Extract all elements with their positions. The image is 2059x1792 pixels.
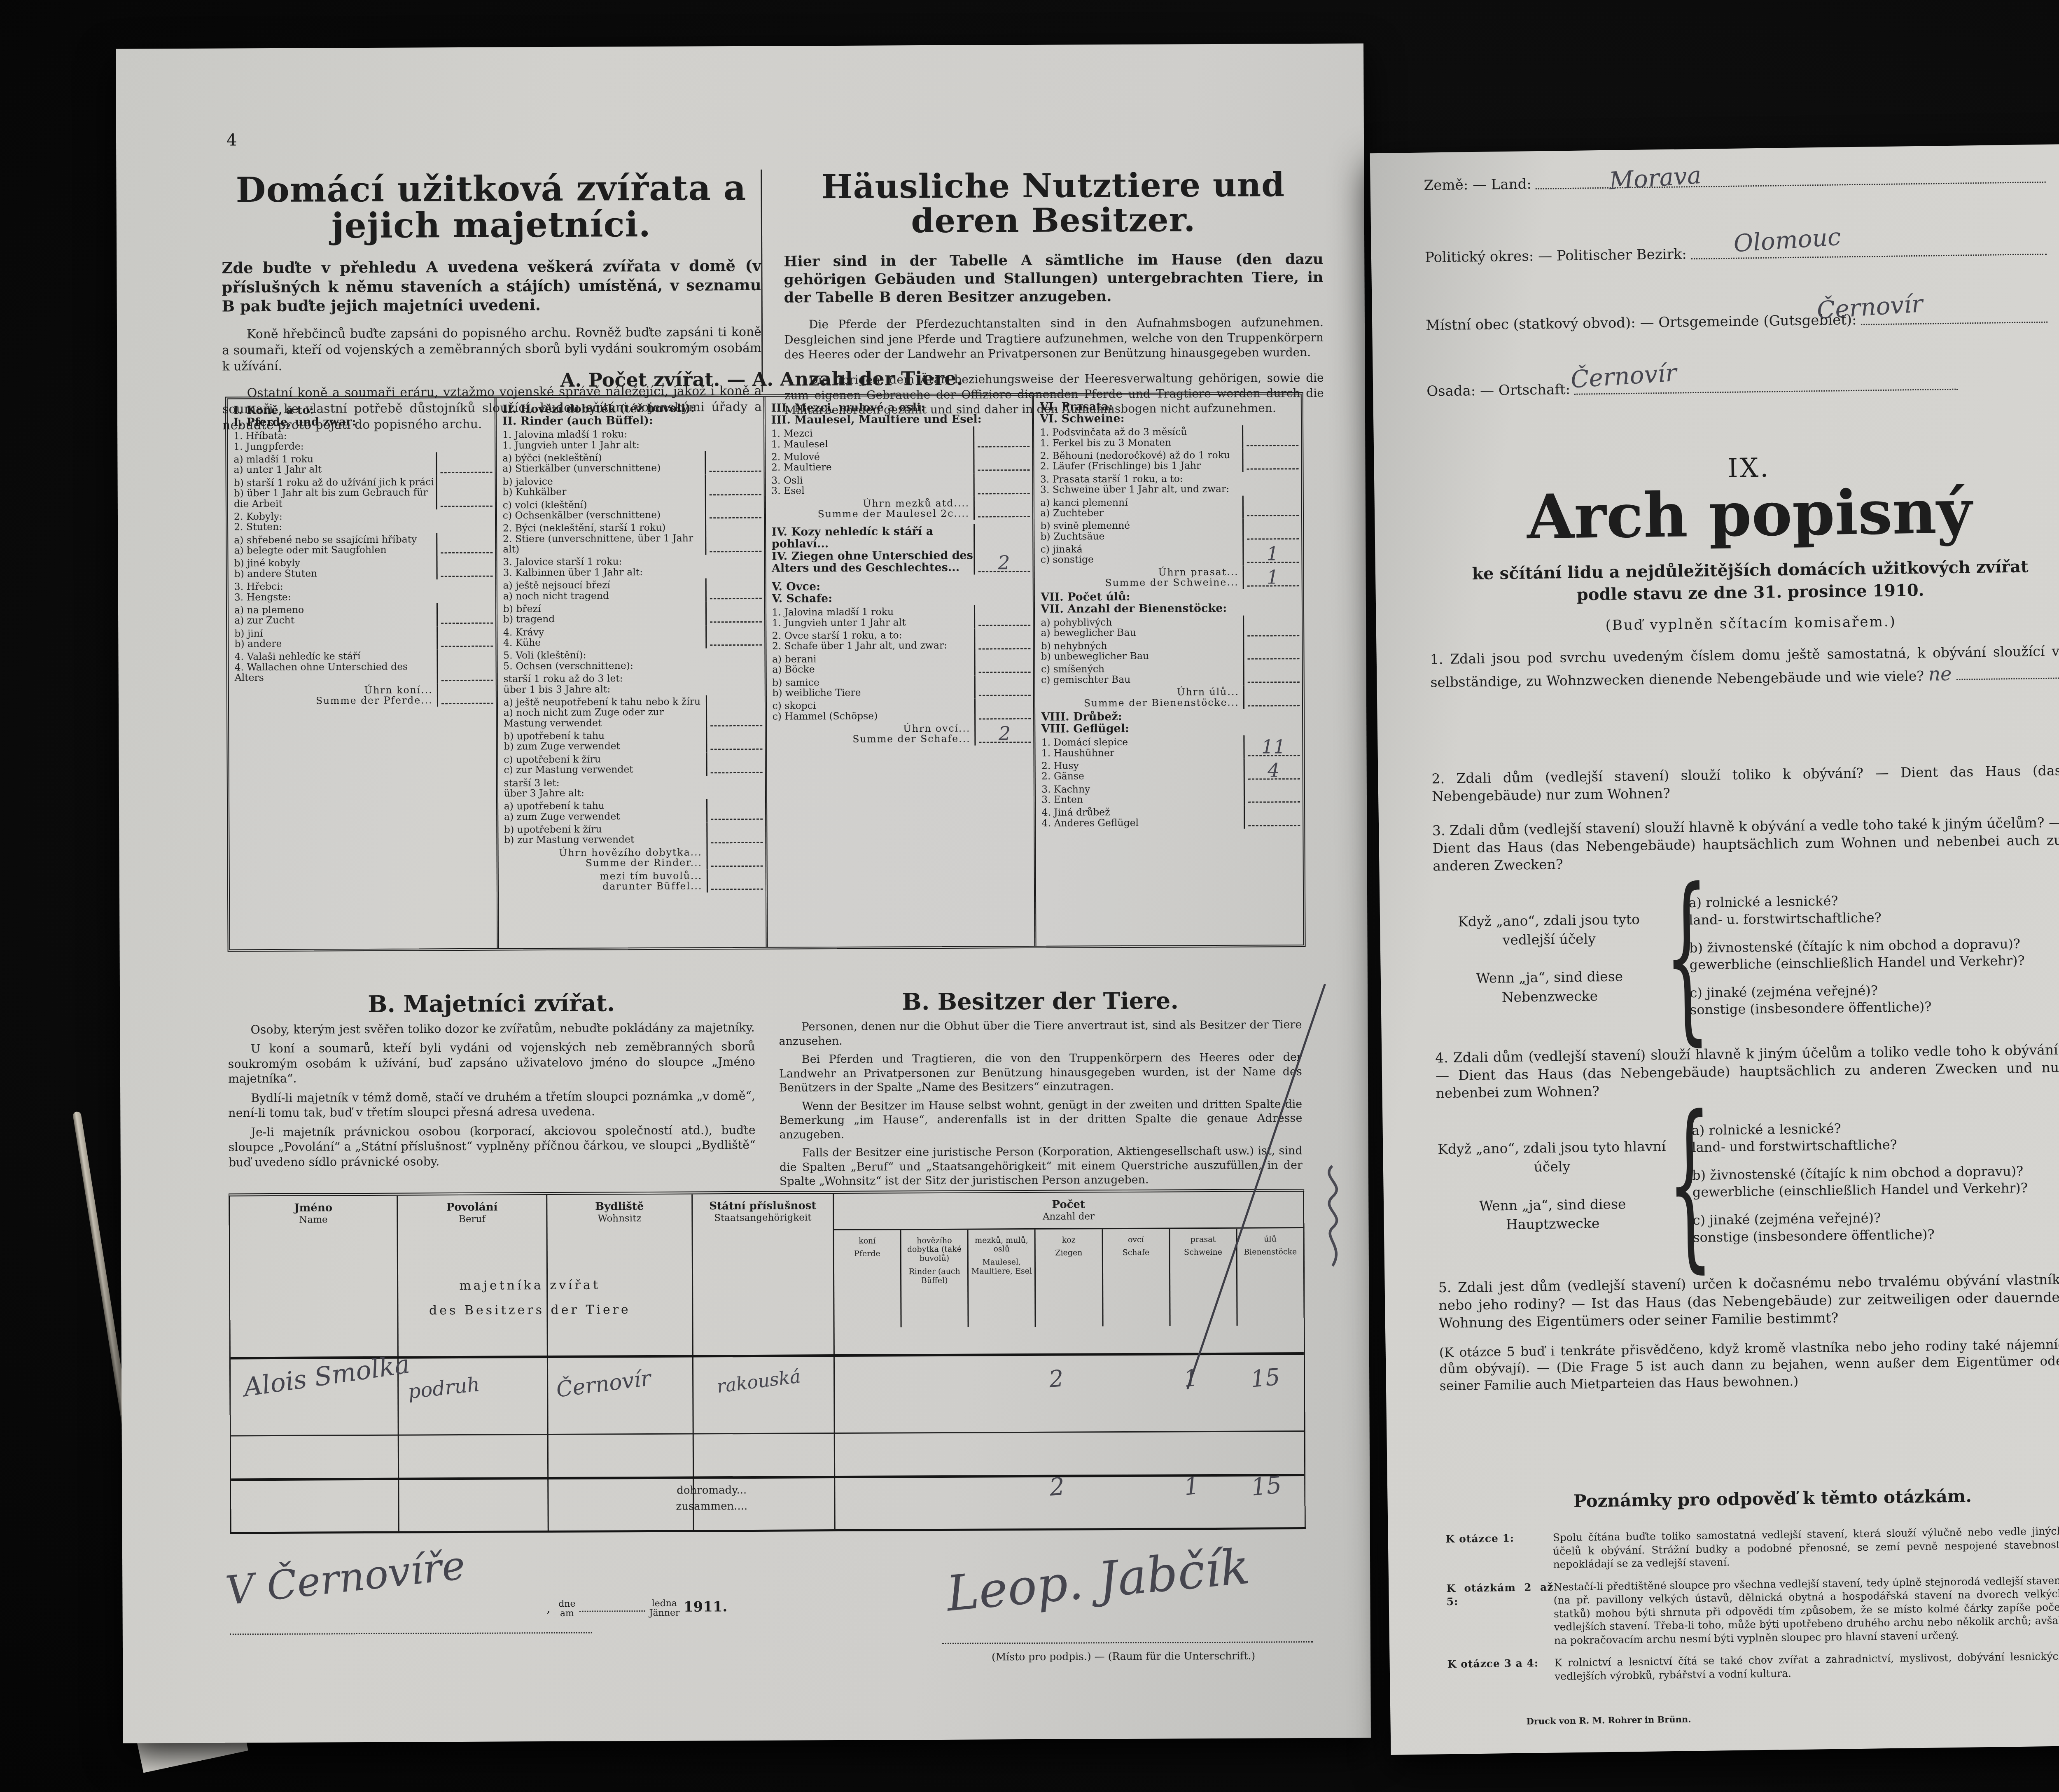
table-a-label-czech: 1. Jalovina mladší 1 roku — [772, 606, 894, 618]
question-2: 2. Zdali dům (vedlejší stavení) slouží t… — [1431, 762, 2059, 805]
table-a-value-line — [1248, 825, 1300, 826]
table-a-label-german: b) zur Mastung verwendet — [504, 834, 706, 846]
paragraph-german-1: Die Pferde der Pferdezuchtanstalten sind… — [784, 315, 1324, 362]
table-a-entry-label: b) jiné kobylyb) andere Stuten — [234, 556, 436, 581]
form-title-czech: Arch popisný — [1457, 480, 2042, 548]
table-a-entry-label: 2. Husy2. Gänse — [1041, 759, 1244, 783]
section-b-paragraph-german: Personen, denen nur die Obhut über die T… — [779, 1018, 1302, 1049]
table-a-label-german: 3. Enten — [1041, 794, 1244, 805]
table-b-subcolumn: kozZiegen — [1036, 1229, 1103, 1327]
table-a-label-german: 1. Maulesel — [771, 438, 973, 450]
table-a-label-czech: 4. Jiná drůbež — [1041, 807, 1110, 819]
table-b-subcolumn-czech: ovcí — [1104, 1235, 1167, 1245]
table-a-value-cell — [1242, 425, 1301, 448]
table-b-subcolumn: koníPferde — [834, 1230, 902, 1328]
table-a-entry: c) skopcic) Hammel (Schöpse) — [772, 698, 1033, 723]
table-a-entry-label: IV. Kozy nehledíc k stáří a pohlaví...IV… — [772, 524, 974, 576]
sub-purpose-item: c) jinaké (zejména veřejné)?sonstige (in… — [1690, 980, 2059, 1019]
table-a-entry-label: starší 3 let:über 3 Jahre alt: — [504, 775, 765, 800]
table-a-value-cell — [437, 626, 495, 649]
table-a-entry: 3. Prasata starší 1 roku, a to:3. Schwei… — [1040, 472, 1301, 497]
table-a-label-czech: 5. Voli (kleštění): — [503, 649, 586, 661]
table-a-value-line — [711, 819, 763, 820]
table-b-subcolumn-german: Bienenstöcke — [1239, 1248, 1302, 1258]
table-a-entry: 3. Kachny3. Enten — [1041, 782, 1303, 807]
table-a-label-czech: I. Koně, a to: — [233, 404, 314, 417]
table-b-subcolumn-czech: koz — [1037, 1236, 1100, 1245]
sub-purpose-item: b) živnostenské (čítajíc k nim obchod a … — [1689, 935, 2059, 974]
table-a-label-czech: b) nehybných — [1041, 640, 1107, 652]
table-a-value-line — [979, 718, 1031, 720]
table-a-value-cell: 11 — [1243, 735, 1302, 758]
table-a-value-line — [1248, 681, 1300, 683]
table-a-entry: Úhrn koní...Summe der Pferde... — [235, 683, 496, 708]
table-a-entry-label: a) upotřebení k tahua) zum Zuge verwende… — [504, 799, 706, 824]
table-b-header-czech: Povolání — [398, 1201, 546, 1214]
table-a-value-line — [710, 772, 762, 773]
table-a-value-line — [710, 598, 761, 600]
table-b-header-german: Staatsangehörigkeit — [693, 1212, 833, 1224]
table-a-entry-label: c) volci (kleštění)c) Ochsenkälber (vers… — [503, 498, 705, 522]
table-a-value-cell — [706, 799, 765, 822]
table-b-total-count: 15 — [1250, 1470, 1283, 1501]
table-a-value-line — [711, 865, 763, 867]
table-a-value-line — [441, 622, 493, 624]
questions-column: 2. Zdali dům (vedlejší stavení) slouží t… — [1431, 762, 2059, 1394]
year-label: 1911. — [684, 1598, 728, 1615]
subtitle-german: Hier sind in der Tabelle A sämtliche im … — [784, 250, 1324, 307]
table-a-value-cell — [1243, 662, 1302, 685]
table-a-label-german: V. Schafe: — [772, 592, 1033, 605]
table-a-label-czech: c) jinaká — [1041, 543, 1083, 555]
table-b-header-czech: Jméno — [230, 1202, 397, 1215]
table-b-subcolumn-german: Rinder (auch Büffel) — [903, 1267, 966, 1286]
notes-title-czech: Poznámky pro odpověď k těmto otázkám. — [1499, 1485, 2047, 1512]
table-a-label-german: 2. Gänse — [1041, 770, 1244, 782]
table-a-value-cell — [974, 675, 1033, 698]
table-a-column-horses: I. Koně, a to:I. Pferde, und zwar:1. Hří… — [228, 398, 499, 950]
table-a-value-cell: 2 — [974, 722, 1033, 745]
table-a-entry-label: VII. Počet úlů:VII. Anzahl der Bienenstö… — [1041, 589, 1302, 616]
table-a-label-german: 2. Schafe über 1 Jahr alt, und zwar: — [772, 640, 974, 652]
question-3: 3. Zdali dům (vedlejší stavení) slouží h… — [1432, 814, 2059, 875]
section-b-paragraph-czech: Osoby, kterým jest svěřen toliko dozor k… — [228, 1020, 755, 1038]
table-a-entry-label: V. Ovce:V. Schafe: — [772, 579, 1033, 606]
table-a-label-german: a) Stierkälber (unverschnittene) — [502, 463, 705, 474]
question-4-subpurposes: Když „ano“, zdali jsou tyto hlavní účely… — [1436, 1106, 2059, 1260]
table-a-value-cell: 2 — [973, 524, 1033, 574]
table-a-label-german: a) belegte oder mit Saugfohlen — [234, 544, 436, 556]
table-a-entry-label: c) upotřebení k žíruc) zur Mastung verwe… — [504, 752, 706, 777]
title-german: Häusliche Nutztiere und deren Besitzer. — [783, 167, 1323, 239]
table-a-label-german: über 1 bis 3 Jahre alt: — [504, 683, 765, 695]
field-commune-label: Místní obec (statkový obvod): — Ortsgeme… — [1426, 312, 1857, 334]
table-b-header-czech: Státní příslušnost — [693, 1199, 833, 1213]
table-a-value-line — [979, 695, 1031, 696]
table-b-header-czech: Bydliště — [547, 1200, 691, 1214]
table-a-label-german: a) unter 1 Jahr alt — [233, 464, 436, 476]
table-a-entry: 3. Hřebci:3. Hengste: — [234, 579, 495, 604]
left-page-number: 4 — [226, 131, 237, 149]
table-b-owner-span-label: majetníka zvířatdes Besitzers der Tiere — [230, 1272, 830, 1324]
table-a-label-german: I. Pferde, und zwar: — [233, 415, 495, 429]
table-a-value-cell — [705, 451, 763, 474]
table-a-entry: 5. Voli (kleštění):5. Ochsen (verschnitt… — [503, 648, 764, 673]
table-a-label-german: 3. Kalbinnen über 1 Jahr alt: — [503, 567, 764, 578]
table-a-entry: a) ještě neupotřebení k tahu nebo k žíru… — [504, 695, 765, 730]
table-a-entry: a) shřebené nebo se ssajícími hříbatya) … — [234, 532, 495, 557]
table-a-value-line — [1248, 705, 1300, 707]
table-a-label-german: über 3 Jahre alt: — [504, 787, 765, 799]
table-a-entry-label: Úhrn mezků atd....Summe der Maulesel 2c.… — [771, 497, 973, 521]
left-page: 4 Domácí užitková zvířata a jejich majet… — [116, 43, 1371, 1743]
table-b-row1-count: 15 — [1250, 1363, 1282, 1393]
table-a-entry-label: a) ještě nejsoucí březía) noch nicht tra… — [503, 579, 705, 603]
table-a-label-german: IV. Ziegen ohne Unterschied des Alters u… — [772, 549, 974, 574]
table-a-entry-label: 1. Mezci1. Maulesel — [771, 427, 973, 451]
table-a-column-mules-goats-sheep: III. Mezci, mulové a osli:III. Maulesel,… — [765, 396, 1037, 947]
table-a-entry-label: a) na plemenoa) zur Zucht — [234, 603, 437, 627]
table-a-label-czech: b) samice — [772, 677, 819, 688]
table-a-value-cell — [974, 605, 1033, 628]
table-a-entry: 3. Jalovice starší 1 roku:3. Kalbinnen ü… — [503, 555, 764, 579]
table-b-header-german: Name — [230, 1214, 397, 1226]
section-b-paragraph-czech: Bydlí-li majetník v témž domě, stačí ve … — [228, 1089, 755, 1121]
table-a-entry: 1. Jalovina mladší 1 roku1. Jungvieh unt… — [772, 605, 1033, 630]
question-3-subpurposes: Když „ano“, zdali jsou tyto vedlejší úče… — [1433, 879, 2059, 1033]
table-a-label-czech: IV. Kozy nehledíc k stáří a pohlaví... — [772, 525, 934, 551]
table-a-label-german: a) beweglicher Bau — [1041, 627, 1243, 639]
table-a-entry: 1. Podsvinčata až do 3 měsíců1. Ferkel b… — [1040, 425, 1301, 450]
table-a-value-line — [711, 889, 763, 890]
table-a-entry-label: Úhrn hovězího dobytka...Summe der Rinder… — [504, 846, 706, 870]
sub-purpose-item: b) živnostenské (čítajíc k nim obchod a … — [1692, 1162, 2059, 1201]
table-b-header: BydlištěWohnsitz — [547, 1195, 691, 1225]
table-b-subcolumn: úlůBienenstöcke — [1237, 1228, 1303, 1326]
table-a-label-german: b) Kuhkälber — [502, 486, 705, 498]
table-b-total-count: 2 — [1048, 1472, 1066, 1501]
table-a-entry: 2. Býci (nekleštění, starší 1 roku)2. St… — [503, 521, 764, 556]
table-a-entry: 2. Kobyly:2. Stuten: — [234, 509, 495, 534]
table-a-entry-label: a) pohyblivýcha) beweglicher Bau — [1041, 616, 1243, 640]
table-a-entry: starší 3 let:über 3 Jahre alt: — [504, 775, 765, 800]
table-a-label-czech: II. Hovězí dobytek (též buvoli): — [502, 402, 695, 416]
table-a-label-german: a) zur Zucht — [234, 615, 437, 626]
table-a-value-handwritten: 2 — [976, 722, 1033, 745]
table-a-value-cell — [974, 628, 1033, 652]
ledna-jaenner-label: lednaJänner — [649, 1599, 679, 1618]
table-a-entry-label: 2. Běhouni (nedoročkové) až do 1 roku2. … — [1040, 449, 1242, 473]
table-a-entry-label: 1. Podsvinčata až do 3 měsíců1. Ferkel b… — [1040, 425, 1242, 450]
table-a-label-czech: V. Ovce: — [772, 580, 820, 593]
table-a-entry-label: a) ještě neupotřebení k tahu nebo k žíru… — [504, 695, 706, 730]
table-a-entry: Úhrn mezků atd....Summe der Maulesel 2c.… — [771, 496, 1032, 521]
table-a-label-german: VIII. Geflügel: — [1041, 722, 1302, 735]
right-page: 1 Země: — Land: Morava Politický okres: … — [1370, 137, 2059, 1755]
table-b-subcolumn: prasatSchweine — [1170, 1228, 1237, 1326]
table-a-entry: b) svině plemennéb) Zuchtsäue — [1040, 518, 1301, 543]
field-commune: Místní obec (statkový obvod): — Ortsgeme… — [1426, 309, 2052, 334]
table-a-value-cell — [973, 450, 1032, 473]
table-a-entry: c) smíšenýchc) gemischter Bau — [1041, 662, 1302, 686]
question-4: 4. Zdali dům (vedlejší stavení) slouží h… — [1435, 1041, 2059, 1102]
table-a-label-czech: 2. Husy — [1041, 760, 1079, 771]
table-a-entry: b) nehybnýchb) unbeweglicher Bau — [1041, 639, 1302, 663]
table-a-value-line — [711, 842, 763, 844]
table-a-label-german: 2. Maultiere — [771, 462, 973, 473]
table-a-entry: Úhrn hovězího dobytka...Summe der Rinder… — [504, 846, 765, 870]
table-a-entry-label: Úhrn ovcí...Summe der Schafe... — [773, 722, 975, 747]
table-a-entry: b) jiníb) andere — [234, 626, 495, 651]
table-a-label-czech: 3. Osli — [771, 474, 803, 486]
table-a-entry: 1. Mezci1. Maulesel — [771, 426, 1032, 451]
table-a-label-german: darunter Büffel... — [504, 881, 703, 892]
note-label: K otázkám 2 až 5: — [1446, 1580, 1554, 1649]
table-a-label-german: 2. Stiere (unverschnittene, über 1 Jahr … — [503, 533, 705, 555]
table-a-entry-label: 3. Jalovice starší 1 roku:3. Kalbinnen ü… — [503, 555, 764, 579]
table-a-label-czech: Úhrn ovcí... — [903, 723, 970, 735]
table-a-value-line — [441, 703, 493, 705]
table-a-label-czech: a) na plemeno — [234, 604, 304, 616]
table-a-label-german: b) weibliche Tiere — [772, 687, 974, 698]
table-a-label-german: a) Zuchteber — [1040, 507, 1242, 519]
table-a-entry-label: 4. Krávy4. Kühe — [503, 625, 705, 649]
table-a-value-cell — [705, 578, 764, 602]
table-a-entry: starší 1 roku až do 3 let:über 1 bis 3 J… — [503, 672, 764, 696]
section-b-title-czech: B. Majetníci zvířat. — [228, 989, 755, 1019]
brace-glyph: { — [1666, 1078, 1694, 1290]
table-a-entry-label: 3. Kachny3. Enten — [1041, 782, 1244, 806]
table-a-entry: c) volci (kleštění)c) Ochsenkälber (vers… — [503, 497, 764, 522]
table-a-label-german: 2. Stuten: — [234, 521, 495, 532]
table-a-label-czech: c) skopci — [772, 700, 816, 711]
table-a-entry: II. Hovězí dobytek (též buvoli):II. Rind… — [502, 401, 763, 429]
table-a-entry-label: 2. Býci (nekleštění, starší 1 roku)2. St… — [503, 521, 705, 556]
signature-caption: (Místo pro podpis.) — (Raum für die Unte… — [897, 1650, 1350, 1664]
sub-purpose-item: c) jinaké (zejména veřejné)?sonstige (in… — [1692, 1207, 2059, 1246]
table-a-entry-label: Úhrn koní...Summe der Pferde... — [235, 684, 437, 708]
table-a-entry: VI. Prasata:VI. Schweine: — [1040, 399, 1301, 426]
table-b-subcolumn-german: Maulesel, Maultiere, Esel — [970, 1258, 1033, 1276]
table-a-entry: c) upotřebení k žíruc) zur Mastung verwe… — [504, 752, 765, 777]
signature-handwritten: Leop. Jabčík — [944, 1538, 1252, 1622]
table-a-value-cell — [437, 649, 495, 684]
question-4-brace-label: Když „ano“, zdali jsou tyto hlavní účely… — [1436, 1137, 1668, 1235]
table-a-value-cell — [1244, 805, 1303, 829]
table-a-entry-label: 1. Jalovina mladší 1 roku:1. Jungvieh un… — [502, 427, 763, 452]
table-a-entry-label: 3. Hřebci:3. Hengste: — [234, 579, 495, 604]
margin-handwriting-scribble — [1315, 1164, 1352, 1271]
table-a-value-cell — [1243, 639, 1302, 662]
table-a-label-czech: 4. Krávy — [503, 626, 544, 638]
table-a-value-cell — [1244, 782, 1303, 805]
form-heading-czech: IX. Arch popisný ke sčítání lidu a nejdů… — [1456, 449, 2043, 636]
table-a-entry: 1. Domácí slepice1. Haushühner11 — [1041, 735, 1303, 760]
table-a-entry-label: a) shřebené nebo se ssajícími hříbatya) … — [234, 533, 436, 557]
table-a-value-line — [1247, 468, 1299, 470]
question-3-brace-label: Když „ano“, zdali jsou tyto vedlejší úče… — [1433, 910, 1665, 1008]
table-a-label-czech: b) jiní — [234, 628, 263, 639]
table-b-total-label: dohromady...zusammen.... — [676, 1482, 747, 1515]
table-a-label-czech: III. Mezci, mulové a osli: — [771, 401, 925, 415]
table-a-label-czech: 2. Kobyly: — [234, 511, 282, 523]
table-b-owner-span-german: des Besitzers der Tiere — [230, 1297, 829, 1324]
table-b-subcolumn: hovězího dobytka (také buvolů)Rinder (au… — [901, 1230, 969, 1327]
table-a-entry: 2. Ovce starší 1 roku, a to:2. Schafe üb… — [772, 628, 1033, 653]
table-a-label-german: b) andere Stuten — [234, 568, 437, 579]
table-a-entry: a) býčci (nekleštění)a) Stierkälber (unv… — [502, 451, 763, 476]
table-a-value-line — [979, 648, 1031, 650]
question-1-answer: ne — [1928, 663, 1952, 685]
table-a-label-german: VI. Schweine: — [1040, 412, 1301, 425]
notes-czech: K otázce 1:Spolu čítána buďte toliko sam… — [1445, 1516, 2059, 1685]
table-a-value-handwritten: 11 — [1244, 735, 1302, 758]
subtitle-czech: Zde buďte v přehledu A uvedena veškerá z… — [222, 256, 761, 315]
table-a-entry-label: c) smíšenýchc) gemischter Bau — [1041, 662, 1243, 686]
table-a-entry-label: b) samiceb) weibliche Tiere — [772, 675, 974, 700]
table-a-entry: 4. Jiná drůbež4. Anderes Geflügel — [1041, 805, 1303, 830]
printer-imprint: Druck von R. M. Rohrer in Brünn. — [1526, 1714, 1691, 1726]
table-b-subcolumn-czech: koní — [836, 1237, 899, 1246]
table-a-entry-label: c) jinakác) sonstige — [1041, 542, 1243, 567]
table-b-header: JménoName — [230, 1196, 397, 1226]
table-a-label-german: 2. Läufer (Frischlinge) bis 1 Jahr — [1040, 460, 1242, 472]
paragraph-czech-1: Koně hřebčinců buďte zapsáni do popisnéh… — [222, 324, 761, 375]
table-b-subcolumn-german: Ziegen — [1037, 1249, 1100, 1258]
table-b-subcolumn-czech: prasat — [1171, 1235, 1235, 1244]
table-a-value-cell — [973, 496, 1032, 520]
table-b-subcolumn-czech: hovězího dobytka (také buvolů) — [903, 1236, 966, 1263]
table-b-header: Státní příslušnostStaatsangehörigkeit — [693, 1194, 833, 1224]
table-b-counts-header-czech: Počet — [834, 1197, 1303, 1212]
table-a-value-line — [441, 506, 493, 507]
table-a-label-german: b) andere — [234, 638, 437, 649]
table-a-value-line — [709, 471, 761, 472]
table-a-label-german: 3. Hengste: — [234, 591, 495, 602]
table-a-entry: 1. Hříbata:1. Jungpferde: — [233, 429, 495, 453]
table-a-entry: b) upotřebení k tahub) zum Zuge verwende… — [504, 729, 765, 754]
table-a-value-handwritten: 2 — [975, 551, 1033, 574]
table-a-entry-label: Úhrn úlů...Summe der Bienenstöcke... — [1041, 686, 1243, 710]
table-a-entry: 2. Husy2. Gänse4 — [1041, 758, 1303, 783]
table-a-label-german: 3. Schweine über 1 Jahr alt, und zwar: — [1040, 483, 1301, 495]
table-a-label-czech: a) ještě nejsoucí březí — [503, 579, 610, 591]
sub-purpose-item: a) rolnické a lesnické?land- und forstwi… — [1692, 1117, 2059, 1156]
table-b-subcolumn-czech: úlů — [1238, 1235, 1302, 1244]
table-a-value-line — [710, 621, 762, 623]
form-note-czech: (Buď vyplněn sčítacím komisařem.) — [1458, 611, 2043, 636]
table-a-entry-label: 4. Jiná drůbež4. Anderes Geflügel — [1041, 805, 1244, 830]
signature-line — [942, 1641, 1313, 1644]
table-b-total-german: zusammen.... — [676, 1498, 747, 1515]
table-a-label-czech: VIII. Drůbež: — [1041, 710, 1122, 723]
table-a-value-line — [1248, 802, 1300, 803]
table-a-label-german: 4. Wallachen ohne Unterschied des Alters — [235, 661, 437, 683]
table-a-label-german: c) sonstige — [1041, 554, 1243, 565]
table-a-entry-label: 1. Hříbata:1. Jungpferde: — [233, 429, 495, 453]
brace-glyph: { — [1663, 851, 1691, 1063]
table-b-column-nationality: Státní příslušnostStaatsangehörigkeit — [693, 1194, 836, 1530]
table-a-label-german: c) zur Mastung verwendet — [504, 764, 706, 776]
table-a-entry: 4. Valaši nehledíc ke stáří4. Wallachen … — [234, 649, 495, 684]
table-a-value-cell — [705, 602, 764, 625]
table-b-subcolumn-german: Schweine — [1171, 1248, 1235, 1258]
table-a-label-czech: c) volci (kleštění) — [503, 499, 587, 511]
table-a-value-line — [1247, 445, 1298, 446]
table-a-entry: VII. Počet úlů:VII. Anzahl der Bienenstö… — [1041, 589, 1302, 616]
table-a-value-line — [1247, 635, 1299, 637]
table-a-value-cell — [705, 521, 764, 555]
table-a-entry: Úhrn ovcí...Summe der Schafe...2 — [773, 722, 1034, 747]
table-a-label-german: a) zum Zuge verwendet — [504, 811, 706, 822]
table-a-value-cell — [437, 683, 496, 707]
table-a-label-german: 3. Esel — [771, 485, 973, 497]
table-a-value-cell — [437, 603, 495, 626]
table-a-entry-label: b) upotřebení k tahub) zum Zuge verwende… — [504, 729, 706, 753]
note-item-czech: K otázkám 2 až 5:Nestačí-li předtištěné … — [1446, 1574, 2059, 1649]
table-a-label-german: II. Rinder (auch Büffel): — [502, 414, 763, 427]
table-a-entry: b) březíb) tragend — [503, 602, 764, 626]
table-a-label-german: Summe der Bienenstöcke... — [1041, 697, 1239, 708]
table-a-value-line — [710, 551, 761, 553]
table-a-value-handwritten: 1 — [1244, 542, 1301, 565]
table-a-entry: V. Ovce:V. Schafe: — [772, 579, 1033, 606]
table-b-column-profession: PovoláníBeruf — [398, 1195, 549, 1531]
table-a-label-czech: a) berani — [772, 653, 817, 665]
table-a-entry: a) ještě nejsoucí březía) noch nicht tra… — [503, 578, 764, 603]
field-village: Osada: — Ortschaft: — [1426, 376, 1962, 400]
table-a-entry: 3. Osli3. Esel — [771, 473, 1032, 498]
table-a-label-czech: 3. Kachny — [1041, 783, 1090, 795]
table-a-label-czech: a) upotřebení k tahu — [504, 800, 605, 812]
table-a-value-cell — [705, 497, 763, 521]
table-a-value-cell — [973, 473, 1032, 497]
field-district-label: Politický okres: — Politischer Bezirk: — [1425, 246, 1687, 266]
table-a-value-cell — [705, 474, 763, 498]
table-b-owners: JménoNamePovoláníBerufBydlištěWohnsitzSt… — [229, 1189, 1306, 1534]
dne-am-label: dneam — [558, 1599, 575, 1618]
table-a-value-line — [441, 576, 493, 577]
table-a-entry: b) upotřebení k žírub) zur Mastung verwe… — [504, 822, 765, 847]
table-a-value-cell: 1 — [1242, 542, 1301, 565]
table-b-row1-count: 2 — [1048, 1365, 1065, 1393]
table-a-value-handwritten: 1 — [1244, 566, 1302, 588]
table-a-entry: IV. Kozy nehledíc k stáří a pohlaví...IV… — [772, 524, 1033, 575]
section-b-paragraph-german: Bei Pferden und Tragtieren, die von den … — [779, 1050, 1302, 1095]
table-a-label-czech: 1. Domácí slepice — [1041, 736, 1128, 748]
table-a-label-czech: a) kanci plemenní — [1040, 496, 1128, 508]
table-a-entry: VIII. Drůbež:VIII. Geflügel: — [1041, 709, 1302, 736]
table-a-label-german: Summe der Rinder... — [504, 858, 702, 869]
table-a-label-czech: a) pohyblivých — [1041, 616, 1112, 628]
title-czech: Domácí užitková zvířata a jejich majetní… — [221, 170, 761, 245]
table-b-subcolumn: ovcíSchafe — [1103, 1229, 1170, 1326]
table-a-value-line — [710, 644, 762, 646]
table-a-value-handwritten: 4 — [1245, 759, 1303, 782]
table-a-column-cattle: II. Hovězí dobytek (též buvoli):II. Rind… — [496, 397, 768, 948]
table-a-title: A. Počet zvířat. — A. Anzahl der Tiere. — [225, 366, 1298, 392]
table-a-label-german: b) unbeweglicher Bau — [1041, 651, 1243, 662]
table-a-label-german: 1. Jungvieh unter 1 Jahr alt — [772, 617, 974, 628]
table-a-entry: I. Koně, a to:I. Pferde, und zwar: — [233, 402, 495, 430]
section-b-paragraph-german: Wenn der Besitzer im Hause selbst wohnt,… — [779, 1097, 1302, 1142]
table-a-value-cell — [706, 752, 765, 776]
table-a-value-line — [441, 646, 493, 647]
table-b-total-count: 1 — [1183, 1472, 1200, 1501]
table-a-value-cell — [1243, 685, 1302, 709]
table-a-value-line — [440, 471, 492, 473]
table-a-label-german: a) noch nicht zum Zuge oder zur Mastung … — [504, 707, 706, 729]
